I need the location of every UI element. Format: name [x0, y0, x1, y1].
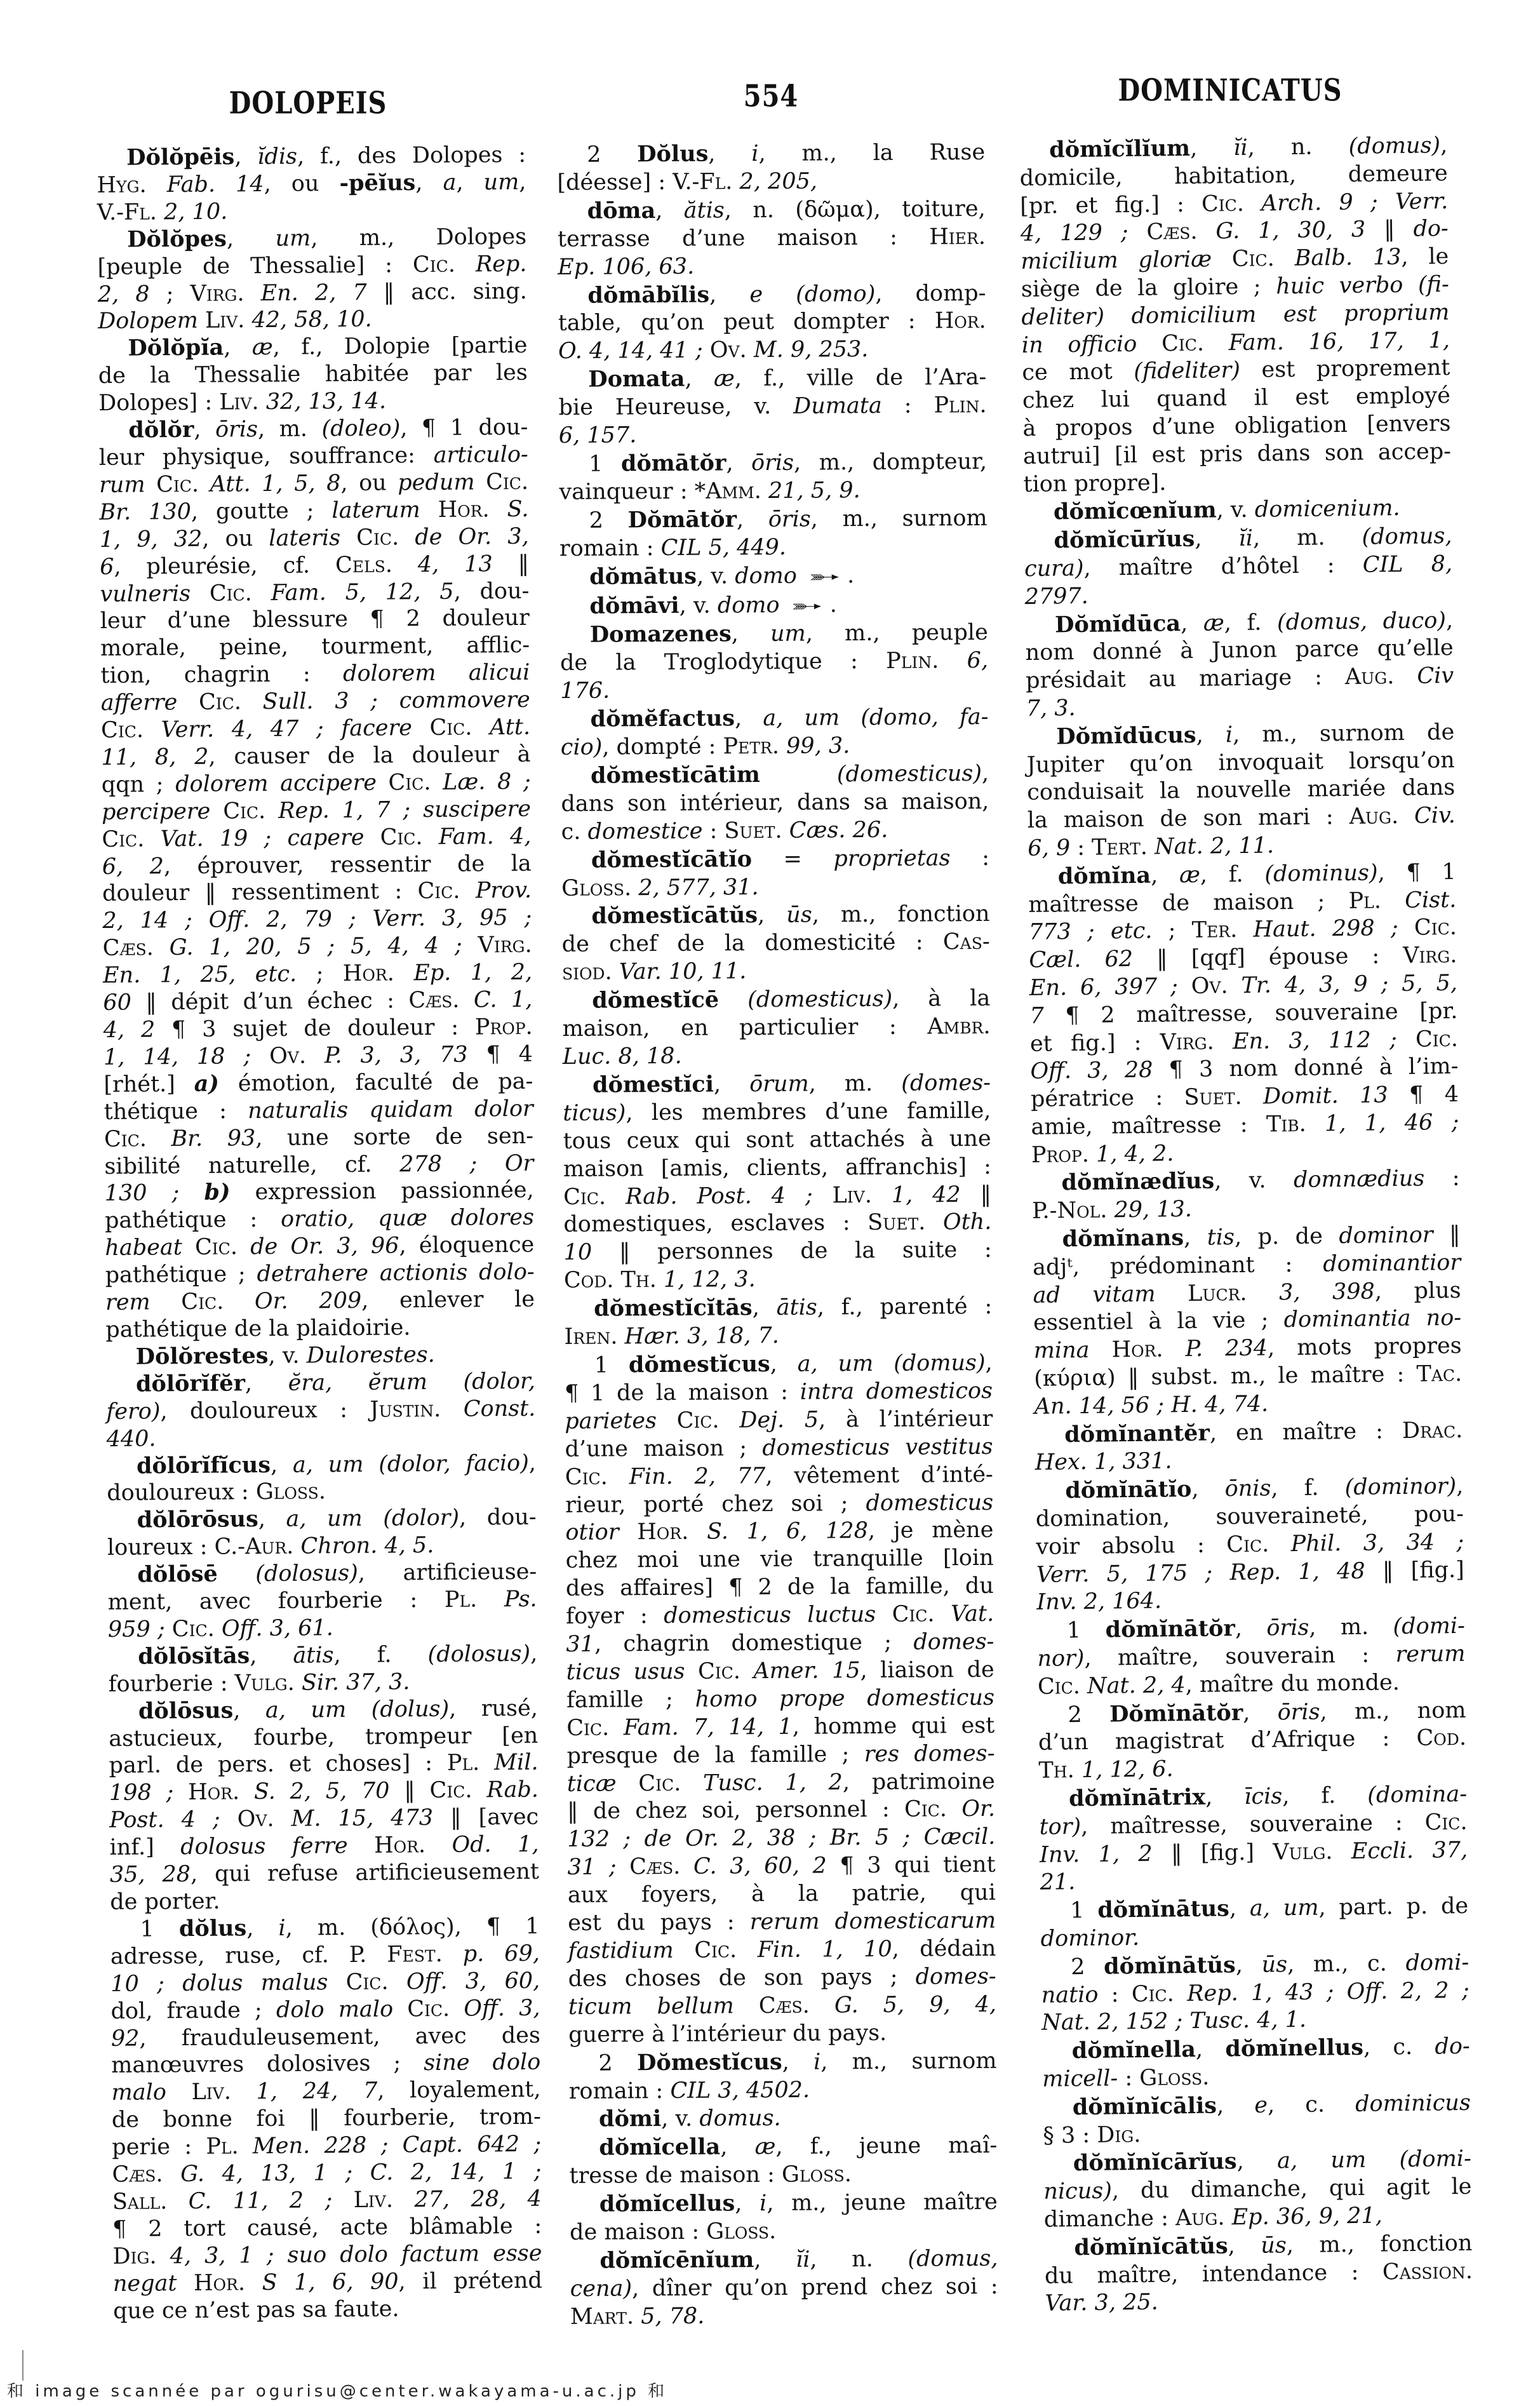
entry-line: Verr. 5, 175 ; Rep. 1, 48 ‖ [fig.]: [1036, 1556, 1464, 1589]
entry-line: des affaires] ¶ 2 de la famille, du: [566, 1573, 994, 1603]
author-abbreviation: Cic.: [413, 252, 455, 278]
italic-text: ūs: [1261, 2233, 1287, 2258]
entry-line: malo Liv. 1, 24, 7, loyalement,: [111, 2076, 540, 2107]
italic-text: dominicus: [1355, 2090, 1471, 2117]
dictionary-entry: 2 Dŏlus, i, m., la Ruse[déesse] : V.-Fl.…: [557, 138, 986, 198]
author-abbreviation: Cic.: [1162, 330, 1204, 356]
entry-line: dŏmātus, v. domo ➳.: [559, 560, 988, 592]
entry-line: Cic. Fin. 2, 77, vêtement d’inté-: [565, 1461, 993, 1491]
enumeration-label: b): [204, 1179, 230, 1206]
italic-text: i: [760, 2191, 767, 2216]
dictionary-entry: Dŏmĭdūca, æ, f. (domus, duco),nom donné …: [1025, 606, 1454, 723]
headword: Dŏmātŏr: [627, 506, 737, 533]
author-abbreviation: Cic.: [1132, 1981, 1174, 2007]
dictionary-entry: dŏmestĭcātŭs, ūs, m., fonctionde chef de…: [561, 900, 990, 987]
entry-line: dans son intérieur, dans sa maison,: [561, 788, 989, 819]
italic-text: Const.: [464, 1395, 536, 1421]
entry-line: 92, frauduleusement, avec des: [111, 2022, 540, 2052]
author-abbreviation: Cic.: [694, 1937, 737, 1963]
italic-text: 6: [100, 554, 114, 579]
headword: dŏlŏr: [128, 417, 194, 443]
author-abbreviation: Gloss.: [256, 1479, 326, 1505]
italic-text: æ: [1179, 862, 1200, 887]
italic-text: (domesticus): [837, 761, 982, 787]
italic-text: Mil.: [494, 1750, 539, 1776]
italic-text: domesticus luctus: [664, 1602, 876, 1629]
italic-text: ūs: [786, 903, 812, 928]
headword: dŏmestĭcĭtās: [594, 1294, 753, 1322]
dictionary-entry: dŏmĭcĭlĭum, ĭi, n. (domus),domicile, hab…: [1019, 131, 1452, 499]
headword: Dōlŏrestes: [135, 1343, 268, 1370]
headword: dŏmāvi: [589, 592, 679, 619]
italic-text: Ep. 36, 9, 21,: [1231, 2203, 1383, 2230]
italic-text: S. 2, 5, 70: [254, 1778, 390, 1805]
dictionary-entry: dŏlōrōsus, a, um (dolor), dou-loureux : …: [107, 1504, 537, 1562]
dictionary-entry: dŏmĭcella, æ, f., jeune maî-tresse de ma…: [569, 2132, 998, 2191]
italic-text: domus.: [699, 2106, 781, 2132]
author-abbreviation: Petr.: [723, 734, 779, 760]
author-abbreviation: Cic.: [156, 472, 199, 498]
entry-line: de maison : Gloss.: [570, 2217, 998, 2247]
italic-text: 278 ; Or: [399, 1150, 534, 1177]
entry-line: de la Thessalie habitée par les: [98, 360, 528, 390]
entry-line: 1 dŏmātŏr, ōris, m., dompteur,: [559, 448, 987, 479]
author-abbreviation: Virg.: [1160, 1029, 1214, 1055]
italic-text: in officio: [1022, 331, 1137, 358]
author-abbreviation: Gloss.: [782, 2161, 852, 2188]
headword: dŏmĭnans: [1062, 1225, 1184, 1252]
italic-text: Att. 1, 5, 8: [210, 471, 341, 497]
italic-text: Br. 130: [99, 499, 191, 525]
entry-line: ticæ Cic. Tusc. 1, 2, patrimoine: [567, 1768, 995, 1798]
entry-line: 2 Dŏmĭnātŏr, ōris, m., nom: [1038, 1696, 1466, 1730]
italic-text: Var. 3, 25.: [1045, 2290, 1158, 2316]
author-abbreviation: Pl.: [445, 1587, 478, 1612]
italic-text: ticus usus: [566, 1659, 685, 1685]
headword: Dŏlus: [637, 141, 708, 168]
entry-line: de la Troglodytique : Plin. 6,: [560, 647, 988, 678]
author-abbreviation: siod.: [562, 960, 612, 985]
italic-text: domo: [718, 592, 780, 618]
italic-text: 2, 205,: [739, 168, 817, 194]
author-abbreviation: Plin.: [886, 649, 939, 675]
entry-line: thétique : naturalis quidam dolor: [104, 1095, 533, 1126]
author-abbreviation: Cæs.: [1146, 219, 1198, 245]
headword: Dŏmĭdūcus: [1056, 722, 1196, 749]
italic-text: Chron. 4, 5.: [300, 1533, 434, 1559]
entry-line: ticus), les membres d’une famille,: [563, 1098, 991, 1128]
italic-text: 1, 14, 18 ;: [104, 1044, 251, 1070]
headword: dŏlōsē: [137, 1561, 218, 1588]
entry-line: voir absolu : Cic. Phil. 3, 34 ;: [1036, 1529, 1464, 1562]
italic-text: Sir. 37, 3.: [302, 1669, 410, 1695]
dictionary-entry: dŏmĭnĭcālis, e, c. dominicus§ 3 : Dig.: [1043, 2089, 1471, 2151]
italic-text: dominantior: [1323, 1250, 1461, 1277]
dictionary-entry: dŏmestĭcē (domesticus), à lamaison, en p…: [562, 985, 991, 1072]
author-abbreviation: Cic.: [486, 469, 528, 495]
italic-text: Cæl. 62: [1029, 946, 1133, 973]
italic-text: S. 1, 6, 128: [707, 1518, 868, 1545]
italic-text: pedum: [398, 469, 475, 495]
entry-line: dŏlōsĭtās, ātis, f. (dolosus),: [108, 1641, 537, 1671]
italic-text: (domesticus): [747, 986, 892, 1012]
dictionary-column-2: 2 Dŏlus, i, m., la Ruse[déesse] : V.-Fl.…: [557, 138, 998, 2332]
headword: dŏmĭnātrix: [1069, 1784, 1206, 1812]
author-abbreviation: V.-Fl.: [673, 169, 732, 195]
headword: dŏmestĭcē: [592, 987, 719, 1014]
entry-line: dŏmĭnātĭo, ōnis, f. (dominor),: [1035, 1472, 1463, 1506]
italic-text: 1, 24, 7: [256, 2078, 377, 2104]
entry-line: Dolopes] : Liv. 32, 13, 14.: [98, 387, 528, 417]
entry-line: En. 6, 397 ; Ov. Tr. 4, 3, 9 ; 5, 5,: [1029, 970, 1457, 1003]
italic-text: Ep. 1, 2,: [413, 960, 532, 986]
dictionary-entry: dŏmātus, v. domo ➳.: [559, 560, 988, 592]
italic-text: G. 1, 30, 3: [1215, 217, 1365, 245]
italic-text: Nat. 2, 11.: [1155, 833, 1274, 859]
entry-line: 2, 8 ; Virg. En. 2, 7 ‖ acc. sing.: [98, 278, 527, 308]
italic-text: a: [443, 170, 456, 196]
entry-line: qqn ; dolorem accipere Cic. Læ. 8 ;: [102, 769, 531, 799]
entry-line: otior Hor. S. 1, 6, 128, je mène: [565, 1517, 993, 1547]
italic-text: 99, 3.: [786, 733, 850, 759]
entry-line: 1, 14, 18 ; Ov. P. 3, 3, 73 ¶ 4: [104, 1041, 533, 1072]
headword: dŏmĭnātĭo: [1065, 1476, 1192, 1503]
headword: Dŏlŏpes: [127, 225, 227, 252]
italic-text: lateris: [269, 525, 340, 551]
italic-text: Nat. 2, 152 ; Tusc. 4, 1.: [1041, 2007, 1306, 2036]
italic-text: 7, 3.: [1026, 696, 1075, 722]
headword: dŏmābĭlis: [587, 281, 709, 308]
italic-text: C. 1,: [474, 987, 533, 1013]
entry-line: vainqueur : *Amm. 21, 5, 9.: [559, 476, 987, 507]
entry-line: de chef de la domesticité : Cas-: [562, 929, 990, 959]
italic-text: 42, 58, 10.: [251, 307, 372, 333]
entry-line: tion, chagrin : dolorem alicui: [100, 659, 530, 690]
italic-text: Vat. 19 ; capere: [160, 824, 364, 851]
entry-line: nicus), du dimanche, qui agit le: [1043, 2174, 1471, 2207]
author-abbreviation: Cic.: [346, 1969, 389, 1995]
dictionary-entry: dŏmĭnātĭo, ōnis, f. (dominor),domination…: [1035, 1472, 1465, 1617]
dictionary-entry: dŏmābĭlis, e (domo), domp-table, qu’on p…: [558, 279, 986, 366]
entry-line: romain : CIL 5, 449.: [559, 533, 988, 563]
italic-text: Inv. 1, 2: [1040, 1841, 1153, 1867]
author-abbreviation: Hor.: [438, 497, 489, 523]
italic-text: Fam. 4,: [439, 823, 532, 849]
entry-line: douloureux : Gloss.: [107, 1477, 536, 1507]
dictionary-entry: dŏmestĭci, ōrum, m. (domes-ticus), les m…: [563, 1069, 992, 1295]
page-number: 554: [744, 81, 799, 112]
entry-line: 130 ; b) expression passionnée,: [105, 1177, 534, 1207]
author-abbreviation: Virg.: [190, 281, 244, 307]
entry-line: d’une maison ; domesticus vestitus: [565, 1434, 993, 1464]
italic-text: ĭi: [1238, 526, 1253, 551]
italic-text: e (domo): [749, 281, 875, 307]
entry-line: dŏlōrĭfĕr, ĕra, ĕrum (dolor,: [106, 1368, 535, 1399]
italic-text: habeat: [105, 1235, 182, 1261]
italic-text: 31 ;: [567, 1855, 616, 1880]
entry-line: dŏlōrĭfĭcus, a, um (dolor, facio),: [107, 1449, 536, 1480]
italic-text: ōris: [215, 417, 258, 443]
author-abbreviation: Cic.: [677, 1408, 720, 1433]
headword: dŏmātus: [589, 563, 697, 589]
entry-line: parl. de pers. et choses] : Pl. Mil.: [109, 1749, 538, 1780]
dictionary-entry: dŏmĕfactus, a, um (domo, fa-cio), dompté…: [560, 703, 989, 762]
author-abbreviation: Drac.: [1402, 1418, 1463, 1444]
entry-line: Gloss. 2, 577, 31.: [561, 872, 989, 903]
dictionary-entry: dŏlŏr, ōris, m. (doleo), ¶ 1 dou-leur ph…: [98, 414, 535, 1344]
headword: dŏmĭcēnĭum: [599, 2247, 754, 2273]
italic-text: a, um (domo, fa-: [763, 704, 989, 731]
italic-text: Rep.: [476, 251, 527, 277]
author-abbreviation: Cic.: [565, 1464, 608, 1489]
italic-text: (domina-: [1367, 1782, 1467, 1808]
italic-text: 3, 398: [1279, 1279, 1375, 1305]
italic-text: domi-: [1405, 1950, 1469, 1976]
entry-line: [déesse] : V.-Fl. 2, 205,: [557, 167, 985, 198]
italic-text: M. 9, 253.: [754, 337, 869, 363]
author-abbreviation: Cic.: [904, 1797, 947, 1822]
italic-text: 2797.: [1024, 584, 1088, 610]
entry-line: 6, 2, éprouver, ressentir de la: [102, 850, 532, 880]
entry-line: romain : CIL 3, 4502.: [569, 2075, 997, 2106]
entry-line: Domata, æ, f., ville de l’Ara-: [558, 363, 986, 394]
entry-line: 1 dŏmĭnātŏr, ōris, m. (domi-: [1037, 1612, 1465, 1646]
author-abbreviation: Cæs.: [629, 1854, 680, 1879]
italic-text: Fin. 1, 10: [758, 1937, 892, 1963]
headword: dŏmĭcœnĭum: [1054, 497, 1217, 525]
entry-line: la maison de son mari : Aug. Civ.: [1028, 802, 1456, 835]
italic-text: ticus): [563, 1100, 626, 1126]
entry-line: Dŏlŏpēis, ĭdis, f., des Dolopes :: [97, 142, 526, 172]
author-abbreviation: Prop.: [475, 1014, 533, 1040]
headword: dŏlus: [179, 1915, 247, 1942]
entry-line: des choses de son pays ; domes-: [568, 1963, 996, 1994]
entry-line: Cic. Vat. 19 ; capere Cic. Fam. 4,: [102, 823, 531, 853]
dictionary-entry: 1 dŏmĭnātus, a, um, part. p. dedominor.: [1040, 1892, 1469, 1954]
entry-line: dŏmĭnans, tis, p. de dominor ‖: [1032, 1221, 1460, 1254]
scan-edge-line: [22, 2350, 23, 2381]
italic-text: nor): [1037, 1646, 1084, 1672]
italic-text: Sull. 3 ; commovere: [262, 687, 530, 715]
italic-text: mina: [1033, 1338, 1089, 1364]
italic-text: domes-: [915, 1964, 996, 1990]
entry-line: siège de la gloire ; huic verbo (fi-: [1021, 271, 1449, 304]
entry-line: Inv. 1, 2 ‖ [fig.] Vulg. Eccli. 37,: [1040, 1836, 1468, 1869]
author-abbreviation: Tib.: [1266, 1112, 1306, 1138]
entry-line: 6, pleurésie, cf. Cels. 4, 13 ‖: [100, 550, 529, 581]
entry-line: dŏmāvi, v. domo ➳.: [559, 589, 988, 621]
author-abbreviation: Gloss.: [1139, 2065, 1209, 2091]
entry-line: pathétique : oratio, quæ dolores: [105, 1204, 534, 1235]
entry-line: domination, souveraineté, pou-: [1036, 1501, 1464, 1534]
entry-line: dŏmĭnantĕr, en maître : Drac.: [1034, 1416, 1463, 1450]
italic-text: otior: [565, 1520, 619, 1546]
headword: dŏmi: [599, 2106, 661, 2132]
entry-line: de bonne foi ‖ fourberie, trom-: [112, 2104, 541, 2134]
author-abbreviation: Aug.: [1175, 2205, 1225, 2231]
italic-text: do-: [1413, 216, 1449, 242]
italic-text: 31: [566, 1632, 594, 1657]
entry-line: habeat Cic. de Or. 3, 96, éloquence: [105, 1232, 534, 1262]
italic-text: um: [275, 225, 311, 251]
italic-text: G. 5, 9, 4,: [834, 1992, 996, 2019]
headword: dŏlōrĭfĕr: [136, 1370, 245, 1397]
italic-text: Od. 1,: [452, 1832, 539, 1858]
entry-line: famille ; homo prope domesticus: [566, 1684, 994, 1715]
entry-line: Cod. Th. 1, 12, 3.: [564, 1265, 992, 1295]
italic-text: En. 2, 7: [260, 279, 366, 306]
running-head-last-entry: DOMINICATUS: [1118, 76, 1342, 106]
headword: dŏmestĭci: [593, 1071, 714, 1098]
dictionary-entry: Domata, æ, f., ville de l’Ara-bie Heureu…: [558, 363, 987, 450]
author-abbreviation: Hor.: [194, 2270, 245, 2296]
italic-text: 10: [564, 1240, 593, 1265]
author-abbreviation: P.-Nol.: [1032, 1198, 1108, 1224]
headword: dōma: [587, 198, 656, 224]
author-abbreviation: Tac.: [1416, 1361, 1462, 1387]
italic-text: 4, 2: [104, 1017, 156, 1043]
author-abbreviation: Liv.: [219, 389, 259, 415]
italic-text: En. 6, 397 ;: [1029, 974, 1178, 1001]
entry-line: foyer : domesticus luctus Cic. Vat.: [566, 1601, 994, 1631]
italic-text: rerum: [1395, 1641, 1465, 1667]
entry-line: [rhét.] a) émotion, faculté de pa-: [104, 1068, 533, 1099]
italic-text: Rep. 1, 7 ; suscipere: [278, 796, 531, 824]
author-abbreviation: Dig.: [112, 2243, 156, 2269]
italic-text: (dominus): [1264, 860, 1378, 887]
italic-text: 959 ;: [108, 1616, 165, 1643]
entry-line: percipere Cic. Rep. 1, 7 ; suscipere: [102, 796, 531, 826]
author-abbreviation: Ter.: [1191, 917, 1237, 943]
italic-text: naturalis quidam dolor: [248, 1096, 533, 1123]
italic-text: 198 ;: [109, 1780, 174, 1806]
entry-line: table, qu’on peut dompter : Hor.: [558, 307, 986, 338]
italic-text: domo: [735, 563, 797, 589]
dictionary-entry: dŏlōsĭtās, ātis, f. (dolosus),fourberie …: [108, 1641, 538, 1698]
author-abbreviation: Cic.: [1226, 1531, 1269, 1557]
entry-line: En. 1, 25, etc. ; Hor. Ep. 1, 2,: [103, 959, 532, 990]
italic-text: natio: [1041, 1982, 1098, 2008]
entry-line: leur physique, souffrance: articulo-: [99, 441, 528, 472]
italic-text: Civ.: [1414, 803, 1456, 829]
italic-text: Fin. 2, 77: [629, 1463, 765, 1489]
italic-text: 1, 42: [892, 1182, 961, 1208]
dictionary-entry: 2 Dŏmĭnātŏr, ōris, m., nomd’un magistrat…: [1038, 1696, 1467, 1785]
italic-text: de Or. 3, 96: [250, 1233, 399, 1260]
dictionary-entry: dŏmĭnella, dŏmĭnellus, c. do-micell- : G…: [1042, 2033, 1471, 2094]
italic-text: negat: [113, 2271, 177, 2297]
entry-line: est du pays : rerum domesticarum: [568, 1907, 996, 1938]
italic-text: Off. 3,: [464, 1995, 540, 2021]
entry-line: 60 ‖ dépit d’un échec : Cæs. C. 1,: [103, 986, 532, 1017]
entry-line: Dōlŏrestes, v. Dulorestes.: [105, 1341, 535, 1371]
author-abbreviation: Cæs.: [759, 1993, 810, 2018]
italic-text: Oth.: [943, 1209, 992, 1235]
italic-text: Off. 3, 61.: [222, 1615, 333, 1641]
author-abbreviation: Ov.: [269, 1043, 306, 1068]
entry-line: dŏmĭna, æ, f. (dominus), ¶ 1: [1028, 858, 1456, 892]
dictionary-entry: dŏlōsus, a, um (dolus), rusé,astucieux, …: [109, 1695, 540, 1916]
author-abbreviation: Lucr.: [1188, 1280, 1247, 1307]
author-abbreviation: Hor.: [343, 961, 394, 987]
headword: dŏmĭnĭcālis: [1073, 2092, 1217, 2120]
author-abbreviation: Cic.: [104, 1126, 147, 1152]
headword: Dŏlŏpĭa: [128, 335, 224, 361]
italic-text: (domi-: [1393, 1613, 1465, 1639]
italic-text: 27, 28, 4: [414, 2186, 542, 2213]
entry-line: Dŏmĭdūcus, i, m., surnom de: [1026, 718, 1454, 752]
italic-text: (domus, duco): [1277, 608, 1446, 635]
entry-line: Dŏlŏpĭa, æ, f., Dolopie [partie: [98, 332, 527, 363]
entry-line: Sall. C. 11, 2 ; Liv. 27, 28, 4: [112, 2186, 542, 2216]
italic-text: 2, 8: [98, 281, 150, 307]
italic-text: En. 3, 112 ;: [1233, 1027, 1397, 1054]
italic-text: ātis: [777, 1295, 817, 1321]
headword: -pēĭus: [339, 170, 415, 196]
entry-line: tor), maîtresse, souveraine : Cic.: [1039, 1809, 1467, 1842]
entry-line: 440.: [106, 1422, 535, 1453]
author-abbreviation: Th.: [1038, 1757, 1075, 1784]
italic-text: (domus): [1348, 133, 1440, 159]
italic-text: a, um (dolus): [265, 1696, 450, 1723]
headword: dŏlōsus: [138, 1697, 234, 1724]
entry-line: Dig. 4, 3, 1 ; suo dolo factum esse: [112, 2240, 542, 2270]
italic-text: Læ. 8 ;: [443, 769, 531, 795]
entry-line: ¶ 1 de la maison : intra domesticos: [565, 1378, 993, 1408]
italic-text: (dolosus): [255, 1561, 358, 1587]
author-abbreviation: Cic.: [195, 1235, 238, 1261]
author-abbreviation: Th.: [620, 1267, 657, 1293]
italic-text: 6,: [967, 648, 988, 673]
entry-line: 1 dŏmĭnātus, a, um, part. p. de: [1040, 1892, 1468, 1926]
italic-text: Ps.: [504, 1587, 537, 1612]
headword: dŏmĭnātŭs: [1104, 1952, 1236, 1979]
author-abbreviation: Liv.: [832, 1183, 872, 1208]
italic-text: afferre: [101, 690, 178, 716]
dictionary-entry: 1 dŏmestĭcus, a, um (domus),¶ 1 de la ma…: [565, 1349, 997, 2050]
italic-text: rum: [99, 472, 145, 498]
italic-text: i: [814, 2049, 820, 2074]
entry-line: dŏmestĭcātim (domesticus),: [561, 760, 989, 791]
italic-text: 6, 157.: [559, 422, 637, 448]
author-abbreviation: Cic.: [429, 1778, 472, 1804]
italic-text: 29, 13.: [1114, 1197, 1192, 1223]
italic-text: Arch. 9 ; Verr.: [1261, 189, 1449, 216]
italic-text: rerum domesticarum: [750, 1908, 996, 1935]
entry-line: adjᵗ, prédominant : dominantior: [1033, 1249, 1461, 1282]
author-abbreviation: Cic.: [566, 1715, 609, 1740]
italic-text: 2, 14 ; Off. 2, 79 ; Verr. 3, 95 ;: [102, 905, 532, 934]
headword: dŏmestĭcātŭs: [591, 903, 758, 930]
author-abbreviation: C.-Aur.: [214, 1534, 293, 1560]
italic-text: Eccli. 37,: [1351, 1837, 1468, 1864]
author-abbreviation: Vulg.: [235, 1670, 295, 1696]
entry-line: loureux : C.-Aur. Chron. 4, 5.: [107, 1531, 537, 1562]
dictionary-entry: dŏmĭnans, tis, p. de dominor ‖adjᵗ, préd…: [1032, 1221, 1463, 1421]
italic-text: tor): [1039, 1814, 1081, 1840]
entry-line: guerre à l’intérieur du pays.: [568, 2019, 996, 2050]
dictionary-entry: Dŏlŏpēis, ĭdis, f., des Dolopes :Hyg. Fa…: [97, 142, 526, 227]
author-abbreviation: Cic.: [407, 1996, 450, 2022]
headword: dŏmĭcellus: [599, 2191, 735, 2217]
italic-text: ticæ: [567, 1771, 617, 1796]
italic-text: 92: [111, 2026, 140, 2051]
italic-text: En. 1, 25, etc.: [103, 962, 297, 988]
author-abbreviation: Cic.: [388, 770, 431, 796]
entry-line: dŏmĭcellus, i, m., jeune maître: [570, 2188, 998, 2219]
italic-text: 773 ; etc.: [1029, 918, 1153, 945]
italic-text: æ: [754, 2134, 775, 2160]
